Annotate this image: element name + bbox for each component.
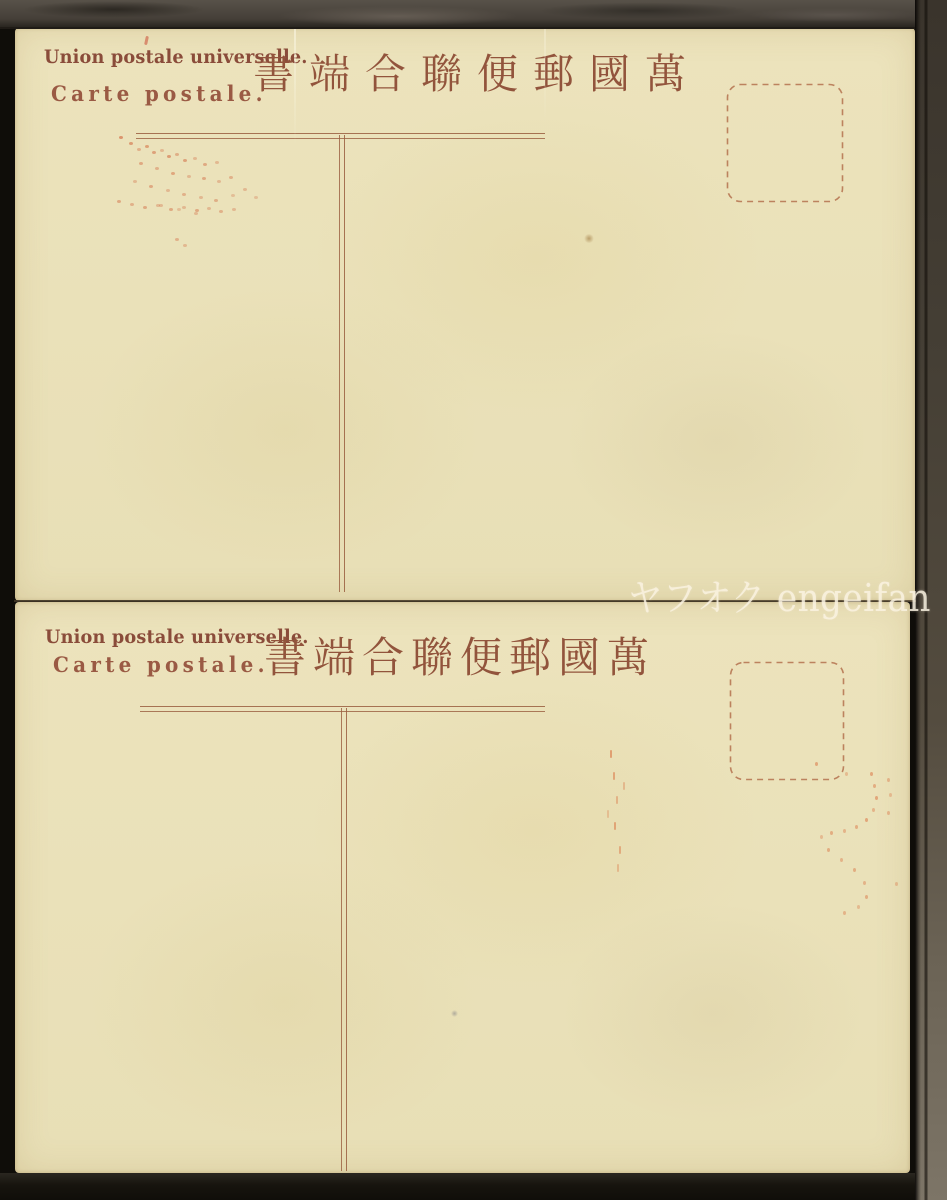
postmark-residue	[815, 762, 818, 766]
kanji-title-label: 書端合聯便郵國萬	[253, 52, 701, 96]
postmark-dot-row	[117, 200, 121, 203]
divider-rule-vertical	[341, 708, 347, 1171]
stamp-box	[726, 83, 844, 203]
paper-crease	[294, 28, 296, 146]
divider-rule-vertical	[339, 135, 345, 592]
kanji-title-label: 書端合聯便郵國萬	[264, 636, 656, 680]
frame-top-edge	[0, 0, 947, 29]
red-speck	[144, 36, 149, 45]
paper-stain	[451, 1010, 458, 1017]
frame-bottom-edge	[0, 1173, 947, 1200]
auction-photo: Union postale universelle. Carte postale…	[0, 0, 947, 1200]
postmark-residue	[119, 136, 123, 139]
paper-crease	[544, 28, 546, 124]
postcard-top: Union postale universelle. Carte postale…	[15, 28, 915, 601]
carte-postale-label: Carte postale.	[51, 83, 267, 105]
postmark-residue	[610, 750, 612, 758]
carte-postale-label: Carte postale.	[53, 654, 269, 676]
postcard-bottom: Union postale universelle. Carte postale…	[15, 602, 910, 1173]
paper-stain	[584, 234, 594, 243]
stamp-box	[729, 661, 845, 781]
watermark-text: ヤフオク engeifan	[628, 576, 931, 620]
